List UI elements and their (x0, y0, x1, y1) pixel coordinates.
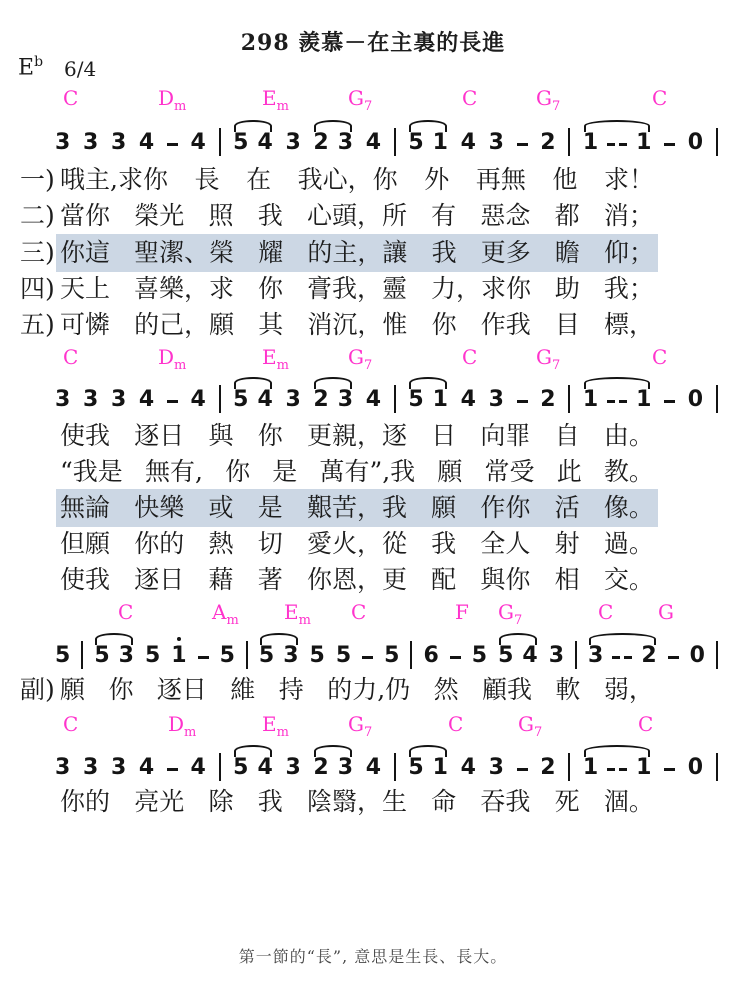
lyric-segment: 逐日 (134, 420, 184, 452)
lyric-line: 使我逐日藉著你恩，更配與你相交。 (0, 564, 746, 596)
lyric-segment: 無論 (60, 492, 110, 524)
bar-line (716, 753, 718, 781)
lyric-segment: 陰翳，生 (307, 786, 407, 818)
slur-group: 23 (313, 389, 353, 411)
key-root: E (18, 55, 34, 80)
chord-label: G7 (498, 600, 522, 627)
lyric-line: 但願你的熱切愛火，從我全人射過。 (0, 528, 746, 560)
music-note: 4 (191, 757, 206, 779)
slur-group: 32 (588, 645, 657, 667)
double-dash (607, 768, 627, 771)
music-note: 5 (233, 132, 248, 154)
chord-row: CDmEmG7CG7C (0, 712, 746, 736)
music-line: 3334454323451432110 (55, 120, 718, 154)
bar-line (394, 753, 396, 781)
music-note: 3 (111, 757, 126, 779)
lyric-segment: 可憐 (60, 309, 110, 341)
lyric-segment: 交。 (604, 564, 654, 596)
music-note: 3 (111, 132, 126, 154)
music-note: 3 (55, 389, 70, 411)
chord-label: C (462, 345, 477, 369)
chord-label: C (598, 600, 613, 624)
music-note: 3 (55, 757, 70, 779)
music-note: 4 (366, 389, 381, 411)
chord-label: G7 (348, 345, 372, 372)
lyric-segment: 逐日 (157, 674, 207, 706)
dash-note (517, 143, 528, 146)
music-note: 3 (338, 757, 353, 779)
music-note: 1 (636, 389, 651, 411)
lyric-line: 五)可憐的己，願其消沉，惟你作我目標， (0, 309, 746, 341)
lyric-segment: 標， (604, 309, 654, 341)
music-note: 5 (408, 757, 423, 779)
lyric-segments: 可憐的己，願其消沉，惟你作我目標， (60, 309, 654, 341)
chord-label: G7 (518, 712, 542, 739)
music-note: 3 (489, 132, 504, 154)
lyric-segment: 但願 (60, 528, 110, 560)
dash-note (167, 768, 178, 771)
lyric-segment: 哦主,求你 (60, 164, 168, 196)
lyric-segment: 的己，願 (134, 309, 234, 341)
slur-group: 54 (233, 389, 273, 411)
music-note: 0 (690, 645, 705, 667)
verse-number: 二) (20, 200, 55, 232)
lyric-segment: 你 (225, 456, 250, 488)
lyric-segment: 目 (555, 309, 580, 341)
double-dash (607, 400, 627, 403)
lyric-segment: 你的 (60, 786, 110, 818)
lyric-segment: 射 (555, 528, 580, 560)
lyric-segment: 然 (434, 674, 459, 706)
lyric-segment: 或 (208, 492, 233, 524)
lyric-segment: 自 (555, 420, 580, 452)
chord-label: G7 (536, 345, 560, 372)
music-note: 3 (119, 645, 134, 667)
chord-label: G7 (536, 86, 560, 113)
lyric-line: 一)哦主,求你長在我心，你外再無他求！ (0, 164, 746, 196)
music-note: 5 (55, 645, 70, 667)
lyric-segment: 顧我 (482, 674, 532, 706)
lyric-segments: 使我逐日藉著你恩，更配與你相交。 (60, 564, 654, 596)
lyric-segment: 軟 (555, 674, 580, 706)
chord-label: Em (262, 345, 289, 372)
music-note: 5 (384, 645, 399, 667)
music-line: 3334454323451432110 (55, 377, 718, 411)
lyric-line: 四)天上喜樂，求你膏我，靈力，求你助我； (0, 273, 746, 305)
lyric-segment: 全人 (480, 528, 530, 560)
chord-label: C (63, 86, 78, 110)
music-note: 4 (139, 757, 154, 779)
music-note: 4 (257, 389, 272, 411)
music-note: 5 (310, 645, 325, 667)
lyric-segment: 由。 (604, 420, 654, 452)
music-note: 1 (433, 132, 448, 154)
double-dash (612, 656, 632, 659)
verse-number: 一) (20, 164, 55, 196)
lyric-segment: 像。 (604, 492, 654, 524)
bar-line (716, 385, 718, 413)
lyric-segment: 使我 (60, 564, 110, 596)
bar-line (219, 128, 221, 156)
music-note: 1 (433, 389, 448, 411)
chord-row: CAmEmCFG7CG (0, 600, 746, 624)
lyric-segment: 消沉，惟 (307, 309, 407, 341)
verse-number: 四) (20, 273, 55, 305)
music-note: 5 (336, 645, 351, 667)
music-note: 2 (641, 645, 656, 667)
lyric-segment: 是 (258, 492, 283, 524)
music-note: 3 (83, 389, 98, 411)
slur-group: 11 (583, 757, 652, 779)
music-note: 5 (408, 389, 423, 411)
music-note: 4 (461, 757, 476, 779)
lyric-segment: 與 (208, 420, 233, 452)
chord-label: C (638, 712, 653, 736)
lyric-segment: 我 (258, 786, 283, 818)
lyric-segment: 此 (557, 456, 582, 488)
lyric-segment: 願 (431, 492, 456, 524)
chord-label: F (455, 600, 469, 624)
lyric-segment: 活 (555, 492, 580, 524)
lyric-segment: 你 (432, 309, 457, 341)
chord-label: Em (262, 712, 289, 739)
lyric-segment: 吞我 (480, 786, 530, 818)
dash-note (198, 656, 209, 659)
verse-number: 三) (20, 237, 55, 269)
double-dash (607, 143, 627, 146)
slur-group: 54 (233, 132, 273, 154)
music-note: 3 (285, 132, 300, 154)
lyric-segment: 弱， (604, 674, 654, 706)
lyric-segment: 日 (431, 420, 456, 452)
bar-line (219, 753, 221, 781)
music-note: 3 (285, 389, 300, 411)
music-line: 5535155355565543320 (55, 633, 718, 667)
lyric-segment: 助 (555, 273, 580, 305)
lyric-segment: 配 (431, 564, 456, 596)
music-note: 3 (111, 389, 126, 411)
lyric-segment: 我； (604, 273, 654, 305)
lyric-segment: 當你 (60, 200, 110, 232)
music-note: 4 (461, 389, 476, 411)
hymn-sheet-page: 298 羨慕－在主裏的長進 Eb 6/4 CDmEmG7CG7C33344543… (0, 0, 746, 984)
lyric-segment: 願 (60, 674, 85, 706)
lyric-segment: 聖潔、榮 (134, 237, 234, 269)
lyric-line: 二)當你榮光照我心頭，所有惡念都消； (0, 200, 746, 232)
footnote: 第一節的“長”, 意思是生長、長大。 (0, 944, 746, 967)
lyric-segment: 你恩，更 (307, 564, 407, 596)
lyric-segment: 我心，你 (298, 164, 398, 196)
lyric-segment: 熱 (208, 528, 233, 560)
dash-note (362, 656, 373, 659)
lyric-segment: 其 (258, 309, 283, 341)
music-note: 1 (636, 757, 651, 779)
music-note: 1 (583, 132, 598, 154)
music-note: 3 (83, 132, 98, 154)
verse-number: 五) (20, 309, 55, 341)
music-note: 4 (257, 132, 272, 154)
music-note: 3 (283, 645, 298, 667)
chord-label: C (63, 345, 78, 369)
lyric-segment: 艱苦，我 (307, 492, 407, 524)
dash-note (517, 768, 528, 771)
lyric-segment: 教。 (604, 456, 654, 488)
music-note: 4 (139, 389, 154, 411)
lyric-segment: 惡念 (480, 200, 530, 232)
slur-group: 51 (408, 757, 448, 779)
lyric-line: 你的亮光除我陰翳，生命吞我死涸。 (0, 786, 746, 818)
music-note: 2 (540, 757, 555, 779)
music-note: 4 (191, 132, 206, 154)
slur-group: 53 (94, 645, 134, 667)
lyric-segment: 你這 (60, 237, 110, 269)
chord-label: C (652, 345, 667, 369)
music-note: 2 (313, 389, 328, 411)
lyric-segment: 你 (258, 420, 283, 452)
key-flat: b (34, 54, 43, 70)
lyric-segment: 使我 (60, 420, 110, 452)
music-note: 5 (220, 645, 235, 667)
lyric-segment: 消； (604, 200, 654, 232)
chord-label: C (652, 86, 667, 110)
music-note: 5 (233, 389, 248, 411)
dash-note (167, 400, 178, 403)
lyric-segment: 天上 (60, 273, 110, 305)
chord-label: C (351, 600, 366, 624)
lyric-segments: 當你榮光照我心頭，所有惡念都消； (60, 200, 654, 232)
music-note: 3 (83, 757, 98, 779)
music-note: 5 (498, 645, 513, 667)
music-note: 5 (145, 645, 160, 667)
hymn-title: 298 羨慕－在主裏的長進 (0, 26, 746, 57)
bar-line (568, 753, 570, 781)
music-note: 5 (94, 645, 109, 667)
dash-note (664, 400, 675, 403)
verse-number: 副) (20, 674, 55, 706)
music-note: 3 (489, 757, 504, 779)
bar-line (246, 641, 248, 669)
lyric-segment: 膏我，靈 (307, 273, 407, 305)
slur-group: 23 (313, 757, 353, 779)
dash-note (517, 400, 528, 403)
lyric-segment: 我 (258, 200, 283, 232)
lyric-segment: 耀 (258, 237, 283, 269)
music-note: 1 (583, 757, 598, 779)
music-note: 2 (540, 389, 555, 411)
bar-line (716, 128, 718, 156)
lyric-segment: 更多 (481, 237, 531, 269)
lyric-segment: 求！ (604, 164, 654, 196)
lyric-segment: 作你 (480, 492, 530, 524)
music-note: 2 (313, 132, 328, 154)
lyric-segment: 逐日 (134, 564, 184, 596)
lyric-segment: 死 (555, 786, 580, 818)
lyric-segment: 照 (208, 200, 233, 232)
lyric-line: 使我逐日與你更親，逐日向罪自由。 (0, 420, 746, 452)
bar-line (394, 385, 396, 413)
music-note: 2 (313, 757, 328, 779)
slur-group: 54 (233, 757, 273, 779)
music-note: 4 (461, 132, 476, 154)
lyric-segment: 的主，讓 (307, 237, 407, 269)
lyric-segment: 你 (108, 674, 133, 706)
lyric-segment: 是 (272, 456, 297, 488)
music-line: 3334454323451432110 (55, 745, 718, 779)
music-note: 4 (139, 132, 154, 154)
lyric-segment: 維 (230, 674, 255, 706)
dash-note (664, 143, 675, 146)
lyric-segment: 亮光 (134, 786, 184, 818)
lyric-segment: 作我 (481, 309, 531, 341)
lyric-line: “我是無有,你是萬有”,我願常受此教。 (0, 456, 746, 488)
lyric-segment: 你 (258, 273, 283, 305)
lyric-segments: 哦主,求你長在我心，你外再無他求！ (60, 164, 654, 196)
music-note: 0 (688, 757, 703, 779)
music-note: 3 (588, 645, 603, 667)
bar-line (81, 641, 83, 669)
lyric-segment: 心頭，所 (307, 200, 407, 232)
dash-note (668, 656, 679, 659)
chord-label: Em (262, 86, 289, 113)
lyric-segment: 喜樂，求 (134, 273, 234, 305)
slur-group: 51 (408, 132, 448, 154)
lyric-segment: 涸。 (604, 786, 654, 818)
music-note-high: 1 (171, 645, 186, 667)
chord-label: Dm (158, 86, 186, 113)
lyric-segments: “我是無有,你是萬有”,我願常受此教。 (60, 456, 654, 488)
music-note: 4 (522, 645, 537, 667)
dash-note (664, 768, 675, 771)
music-note: 3 (338, 132, 353, 154)
lyric-segment: 無有, (145, 456, 203, 488)
lyric-segment: 常受 (485, 456, 535, 488)
slur-group: 51 (408, 389, 448, 411)
music-note: 3 (55, 132, 70, 154)
lyric-segment: 榮光 (134, 200, 184, 232)
bar-line (568, 128, 570, 156)
lyric-segment: 有 (431, 200, 456, 232)
music-note: 4 (191, 389, 206, 411)
lyric-segment: 命 (431, 786, 456, 818)
lyric-segment: 我 (431, 528, 456, 560)
chord-label: G7 (348, 712, 372, 739)
lyric-segment: 切 (258, 528, 283, 560)
music-note: 3 (285, 757, 300, 779)
lyric-line: 無論快樂或是艱苦，我願作你活像。 (0, 492, 746, 524)
lyric-segment: 向罪 (480, 420, 530, 452)
chord-label: Dm (168, 712, 196, 739)
music-note: 0 (688, 132, 703, 154)
music-note: 0 (688, 389, 703, 411)
music-note: 3 (338, 389, 353, 411)
chord-label: C (63, 712, 78, 736)
chord-row: CDmEmG7CG7C (0, 86, 746, 110)
lyric-segment: 快樂 (134, 492, 184, 524)
music-note: 4 (366, 757, 381, 779)
lyric-segment: 除 (208, 786, 233, 818)
music-note: 4 (257, 757, 272, 779)
music-note: 3 (549, 645, 564, 667)
bar-line (575, 641, 577, 669)
dash-note (167, 143, 178, 146)
lyric-segment: 與你 (480, 564, 530, 596)
dash-note (450, 656, 461, 659)
bar-line (394, 128, 396, 156)
chord-label: Dm (158, 345, 186, 372)
lyric-segment: 著 (258, 564, 283, 596)
lyric-segments-highlighted: 你這聖潔、榮耀的主，讓我更多瞻仰； (56, 234, 658, 272)
lyric-segments: 使我逐日與你更親，逐日向罪自由。 (60, 420, 654, 452)
music-note: 5 (259, 645, 274, 667)
chord-label: Em (284, 600, 311, 627)
music-note: 1 (583, 389, 598, 411)
slur-group: 11 (583, 389, 652, 411)
time-signature: 6/4 (64, 57, 96, 81)
lyric-segment: 愛火，從 (307, 528, 407, 560)
music-note: 6 (423, 645, 438, 667)
lyric-segment: 都 (555, 200, 580, 232)
music-note: 5 (233, 757, 248, 779)
music-note: 5 (408, 132, 423, 154)
music-note: 3 (489, 389, 504, 411)
key-signature: Eb (18, 54, 43, 80)
lyric-segments: 你的亮光除我陰翳，生命吞我死涸。 (60, 786, 654, 818)
lyric-segment: 相 (555, 564, 580, 596)
slur-group: 11 (583, 132, 652, 154)
lyric-line: 三)你這聖潔、榮耀的主，讓我更多瞻仰； (0, 237, 746, 269)
chord-label: C (462, 86, 477, 110)
lyric-segment: 你的 (134, 528, 184, 560)
music-note: 1 (636, 132, 651, 154)
slur-group: 54 (498, 645, 538, 667)
lyric-segment: “我是 (60, 456, 123, 488)
chord-label: C (448, 712, 463, 736)
lyric-segment: 力，求你 (431, 273, 531, 305)
bar-line (716, 641, 718, 669)
bar-line (568, 385, 570, 413)
music-note: 5 (472, 645, 487, 667)
chord-label: Am (212, 600, 239, 627)
music-note: 2 (540, 132, 555, 154)
lyric-segment: 他 (552, 164, 577, 196)
chord-row: CDmEmG7CG7C (0, 345, 746, 369)
lyric-segment: 藉 (208, 564, 233, 596)
lyric-segments: 願你逐日維持的力,仍然顧我軟弱， (60, 674, 654, 706)
lyric-segments: 但願你的熱切愛火，從我全人射過。 (60, 528, 654, 560)
lyric-segment: 長 (195, 164, 220, 196)
music-note: 4 (366, 132, 381, 154)
lyric-segment: 在 (246, 164, 271, 196)
lyric-segments-highlighted: 無論快樂或是艱苦，我願作你活像。 (56, 489, 658, 527)
lyric-segments: 天上喜樂，求你膏我，靈力，求你助我； (60, 273, 654, 305)
lyric-segment: 再無 (476, 164, 526, 196)
bar-line (219, 385, 221, 413)
lyric-segment: 更親，逐 (307, 420, 407, 452)
lyric-line: 副)願你逐日維持的力,仍然顧我軟弱， (0, 674, 746, 706)
music-note: 1 (433, 757, 448, 779)
lyric-segment: 我 (432, 237, 457, 269)
chord-label: G (658, 600, 674, 624)
lyric-segment: 瞻 (555, 237, 580, 269)
lyric-segment: 持 (279, 674, 304, 706)
lyric-segment: 過。 (604, 528, 654, 560)
chord-label: C (118, 600, 133, 624)
lyric-segment: 仰； (604, 237, 654, 269)
lyric-segment: 外 (424, 164, 449, 196)
lyric-segment: 萬有”,我 (319, 456, 415, 488)
lyric-segment: 願 (437, 456, 462, 488)
chord-label: G7 (348, 86, 372, 113)
